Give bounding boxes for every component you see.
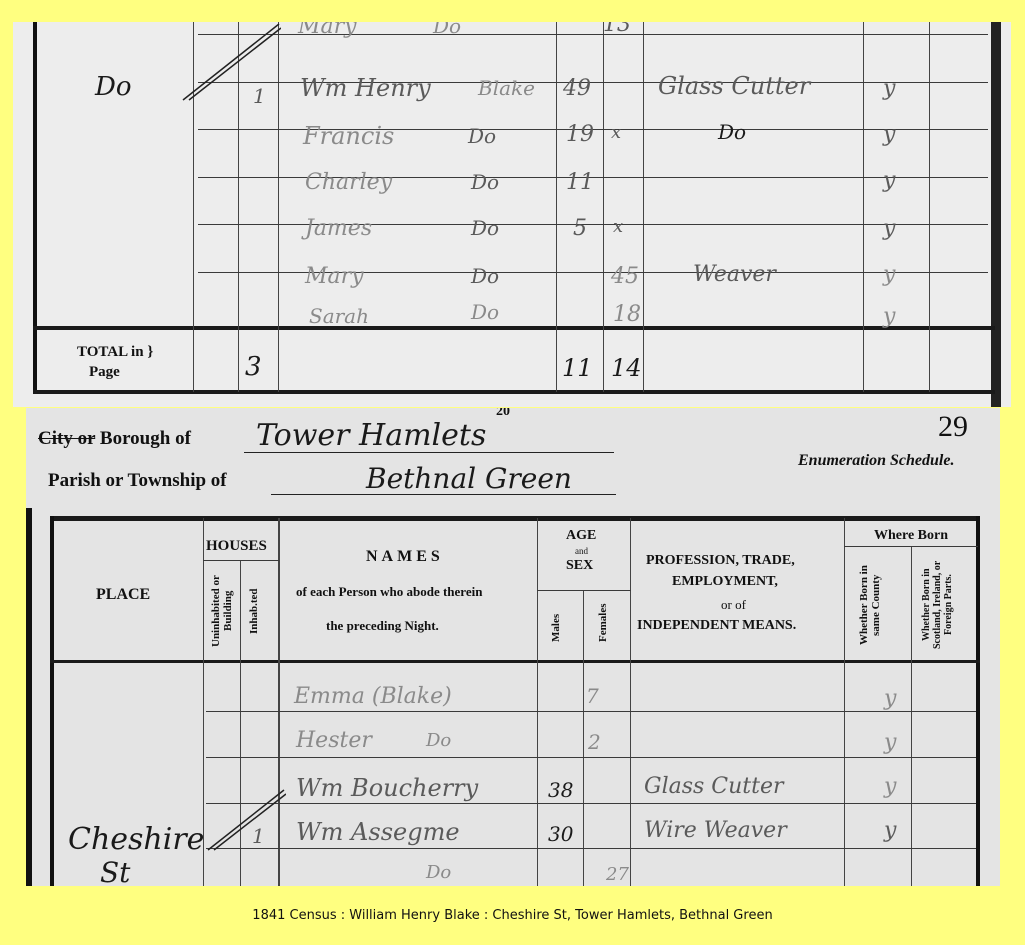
row-line [206, 848, 976, 849]
female-age-cell: 7 [586, 684, 599, 708]
header-names: NAMES [366, 548, 444, 566]
parish-value: Bethnal Green [366, 462, 572, 495]
row-line [206, 803, 976, 804]
born-same-county-cell: y [883, 76, 895, 101]
header-uninhabited: Uninhabited or Building [210, 566, 238, 656]
header-sex: SEX [566, 558, 593, 574]
column-line [863, 22, 864, 392]
total-label: TOTAL in } [77, 344, 153, 361]
name-cell: Hester [296, 728, 372, 753]
header-houses: HOUSES [206, 538, 267, 555]
header-profession-1: PROFESSION, TRADE, [646, 553, 795, 569]
female-age-cell: 2 [588, 730, 601, 754]
male-age-cell: 38 [548, 778, 573, 802]
surname-cell: Blake [478, 76, 535, 100]
surname-cell: Do [426, 862, 451, 883]
profession-cell: Do [718, 120, 746, 144]
header-females: Females [597, 593, 617, 653]
born-same-county-cell: y [883, 122, 895, 147]
header-age-and: and [575, 546, 588, 556]
female-age-cell: 13 [603, 22, 631, 37]
borough-value: Tower Hamlets [256, 418, 486, 453]
surname-cell: Do [433, 22, 461, 38]
profession-cell: Glass Cutter [658, 72, 810, 100]
column-line [929, 22, 930, 392]
name-cell: James [305, 216, 372, 241]
table-top-border [50, 516, 980, 521]
parish-label: Parish or Township of [48, 470, 227, 492]
age-sub-line [537, 590, 631, 591]
column-line [603, 22, 604, 392]
place-entry-line2: St [100, 856, 130, 886]
female-age-cell: x [611, 122, 621, 143]
page-border-left [33, 22, 37, 394]
schedule-number: 29 [938, 410, 968, 444]
row-line [206, 757, 976, 758]
male-age-cell: 5 [573, 216, 587, 241]
name-cell: Mary [298, 22, 357, 39]
page-border-bottom [33, 390, 995, 394]
total-houses: 3 [245, 352, 262, 382]
surname-cell: Do [468, 124, 496, 148]
header-names-sub2: the preceding Night. [326, 618, 439, 634]
census-page-top: Do Mary Do 13 1 Wm Henry Blake 49 Glass … [13, 22, 1011, 407]
born-same-county-cell: y [883, 304, 895, 329]
header-age: AGE [566, 528, 596, 544]
born-same-county-cell: y [883, 262, 895, 287]
page-binding-edge [26, 508, 32, 886]
total-females: 14 [611, 354, 642, 382]
place-entry: Cheshire [68, 822, 204, 857]
household-separator-stroke [181, 22, 281, 102]
column-line [844, 518, 845, 886]
table-left-border [50, 516, 54, 886]
header-place: PLACE [96, 586, 150, 604]
born-same-county-cell: y [883, 216, 895, 241]
born-same-county-cell: y [884, 730, 896, 755]
schedule-label: Enumeration Schedule. [798, 452, 954, 470]
page-marker: 20 [496, 408, 510, 420]
name-cell: Sarah [309, 304, 369, 328]
header-same-county: Whether Born in same County [858, 552, 898, 658]
name-cell: Emma (Blake) [294, 684, 452, 709]
page-border-right [991, 22, 1001, 407]
surname-cell: Do [471, 170, 499, 194]
name-cell: Charley [305, 170, 392, 195]
header-names-sub1: of each Person who abode therein [296, 584, 482, 600]
male-age-cell: 49 [563, 76, 591, 101]
header-bottom-border [50, 660, 980, 663]
surname-cell: Do [471, 300, 499, 324]
header-scotland-ireland: Whether Born in Scotland, Ireland, or Fo… [921, 552, 973, 658]
total-row-divider [33, 326, 995, 330]
name-cell: Wm Boucherry [296, 774, 478, 802]
male-age-cell: 19 [566, 122, 594, 147]
column-line [537, 518, 538, 886]
name-cell: Wm Henry [300, 74, 431, 102]
inhabited-cell: 1 [252, 824, 265, 848]
where-born-sub-line [844, 546, 978, 547]
name-cell: Wm Assegme [296, 818, 460, 846]
header-profession-3: or of [721, 597, 746, 613]
total-label-page: Page [89, 364, 120, 381]
surname-cell: Do [471, 264, 499, 288]
female-age-cell: x [613, 216, 623, 237]
place-entry: Do [95, 72, 132, 102]
header-profession-2: EMPLOYMENT, [672, 574, 778, 590]
born-same-county-cell: y [884, 686, 896, 711]
profession-cell: Wire Weaver [644, 818, 787, 843]
column-line [583, 590, 584, 886]
header-where-born: Where Born [874, 528, 948, 544]
profession-cell: Weaver [693, 262, 776, 287]
female-age-cell: 45 [611, 264, 639, 289]
inhabited-cell: 1 [253, 84, 266, 108]
header-profession-4: INDEPENDENT MEANS. [637, 618, 796, 634]
male-age-cell: 30 [548, 822, 573, 846]
houses-sub-line [203, 560, 279, 561]
profession-cell: Glass Cutter [644, 774, 784, 799]
born-same-county-cell: y [884, 818, 896, 843]
header-males: Males [550, 603, 570, 653]
image-caption: 1841 Census : William Henry Blake : Ches… [0, 908, 1025, 923]
census-page-bottom: 20 29 Enumeration Schedule. City or Boro… [26, 408, 1000, 886]
born-same-county-cell: y [883, 168, 895, 193]
name-cell: Francis [303, 122, 394, 150]
column-line [911, 546, 912, 886]
female-age-cell: 27 [606, 864, 629, 885]
row-line [206, 711, 976, 712]
name-cell: Mary [305, 264, 364, 289]
household-separator-stroke [206, 788, 286, 852]
born-same-county-cell: y [884, 774, 896, 799]
male-age-cell: 11 [566, 170, 594, 195]
column-line [643, 22, 644, 392]
surname-cell: Do [471, 216, 499, 240]
borough-label: City or Borough of [38, 428, 191, 450]
header-inhabited: Inhab.ted [248, 566, 272, 656]
total-males: 11 [562, 354, 593, 382]
column-line [630, 518, 631, 886]
table-right-border [976, 516, 980, 886]
female-age-cell: 18 [613, 302, 641, 327]
surname-cell: Do [426, 730, 451, 751]
column-line [556, 22, 557, 392]
